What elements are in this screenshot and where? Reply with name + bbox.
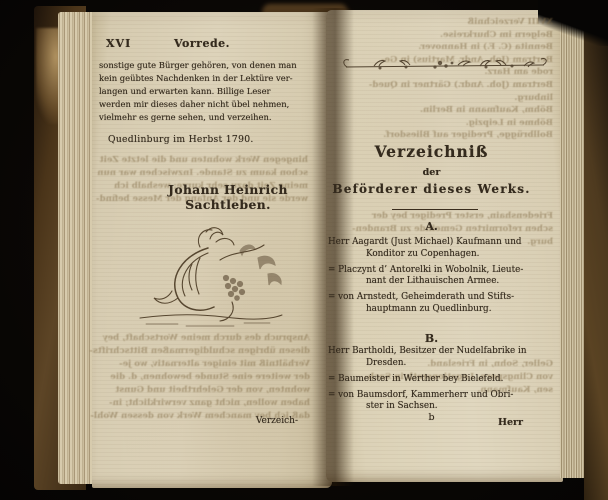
list-title-der: der: [326, 167, 537, 178]
list-entry: = Baumeister in Werther bey Bielefeld.: [328, 374, 554, 386]
open-book-photo: hingegen Werk wohnten und die letzte Zei…: [0, 0, 608, 500]
catchword: Herr: [498, 417, 523, 428]
paragraph-line: kein geübtes Nachdenken in der Lektüre v…: [99, 72, 310, 85]
divider-rule: [392, 209, 478, 210]
list-entry: = von Arnstedt, Geheimderath und Stifts-…: [328, 292, 554, 315]
preface-paragraph: sonstige gute Bürger gehören, von denen …: [99, 59, 310, 124]
paragraph-line: langen und erwarten kann. Billige Leser: [99, 85, 310, 98]
book-cover-right-edge: [584, 0, 608, 500]
showthrough-text: Anspruch des durch meine Wortschaft, bey…: [100, 332, 310, 423]
list-entry: = Placzynt d’ Antorelki in Wobolnik, Lie…: [328, 265, 554, 288]
author-signature: Johann Heinrich Sachtleben.: [128, 182, 328, 212]
section-letter-a: A.: [326, 220, 537, 233]
subscriber-list-a: Herr Aagardt (Just Michael) Kaufmann und…: [328, 237, 554, 320]
paragraph-line: werden mir dieses daher nicht übel nehme…: [99, 98, 310, 111]
left-page: hingegen Werk wohnten und die letzte Zei…: [92, 12, 332, 488]
list-entry: Herr Aagardt (Just Michael) Kaufmann und…: [328, 237, 554, 260]
right-page: XVIII Verzeichniß Belgern im Churkreise.…: [326, 10, 563, 482]
section-letter-b: B.: [326, 332, 537, 345]
paragraph-line: vielmehr es gerne sehen, und verzeihen.: [99, 111, 310, 124]
running-title: Vorrede.: [102, 37, 302, 50]
cornucopia-vignette-engraving: [120, 220, 296, 338]
list-subtitle: Beförderer dieses Werks.: [326, 182, 537, 196]
catchword: Verzeich-: [256, 416, 298, 426]
list-entry: Herr Bartholdi, Besitzer der Nudelfabrik…: [328, 346, 554, 369]
showthrough-text: XVIII Verzeichniß Belgern im Churkreise.…: [332, 16, 553, 142]
list-title: Verzeichniß: [326, 142, 537, 161]
page-number: XVI: [106, 37, 131, 50]
paragraph-line: sonstige gute Bürger gehören, von denen …: [99, 59, 310, 72]
page-header: XVI Vorrede.: [102, 37, 302, 53]
dateline: Quedlinburg im Herbst 1790.: [108, 134, 254, 145]
subscriber-list-b: Herr Bartholdi, Besitzer der Nudelfabrik…: [328, 346, 554, 417]
floral-headpiece-ornament: [340, 56, 550, 74]
list-entry: = von Baumsdorf, Kammerherr und Obri- st…: [328, 390, 554, 413]
